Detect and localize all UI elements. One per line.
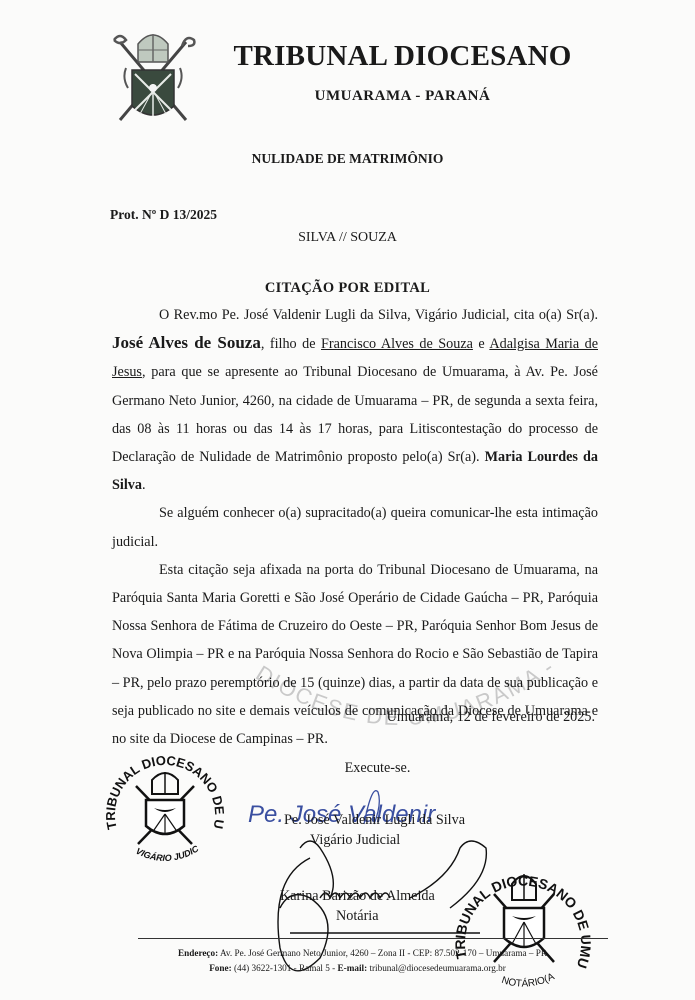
citation-body: O Rev.mo Pe. José Valdenir Lugli da Silv… [112,301,598,753]
footer-email: tribunal@diocesedeumuarama.org.br [367,963,506,973]
paragraph-citation: O Rev.mo Pe. José Valdenir Lugli da Silv… [112,301,598,499]
tribunal-title: TRIBUNAL DIOCESANO [0,40,695,73]
document-heading: CITAÇÃO POR EDITAL [0,280,695,297]
footer-divider [138,938,608,939]
notary-name: Karina Barizão de Almeida [280,888,435,905]
notary-role: Notária [336,908,379,925]
father-name: Francisco Alves de Souza [321,336,473,352]
parties: SILVA // SOUZA [0,230,695,246]
tribunal-location: UMUARAMA - PARANÁ [0,88,695,105]
date-line: Umuarama, 12 de fevereiro de 2025. [387,709,595,726]
footer-contact: Fone: (44) 3622-1301 - Ramal 5 - E-mail:… [0,963,695,973]
execute-order: Execute-se. [0,760,695,777]
paragraph-notice: Se alguém conhecer o(a) supracitado(a) q… [112,499,598,555]
footer-address: Endereço: Av. Pe. José Germano Neto Juni… [0,948,695,958]
judge-name: Pe. José Valdenir Lugli da Silva [284,812,465,829]
protocol-number: Prot. Nº D 13/2025 [110,207,217,223]
cited-person-name: José Alves de Souza [112,333,261,352]
process-type: NULIDADE DE MATRIMÔNIO [0,151,695,167]
